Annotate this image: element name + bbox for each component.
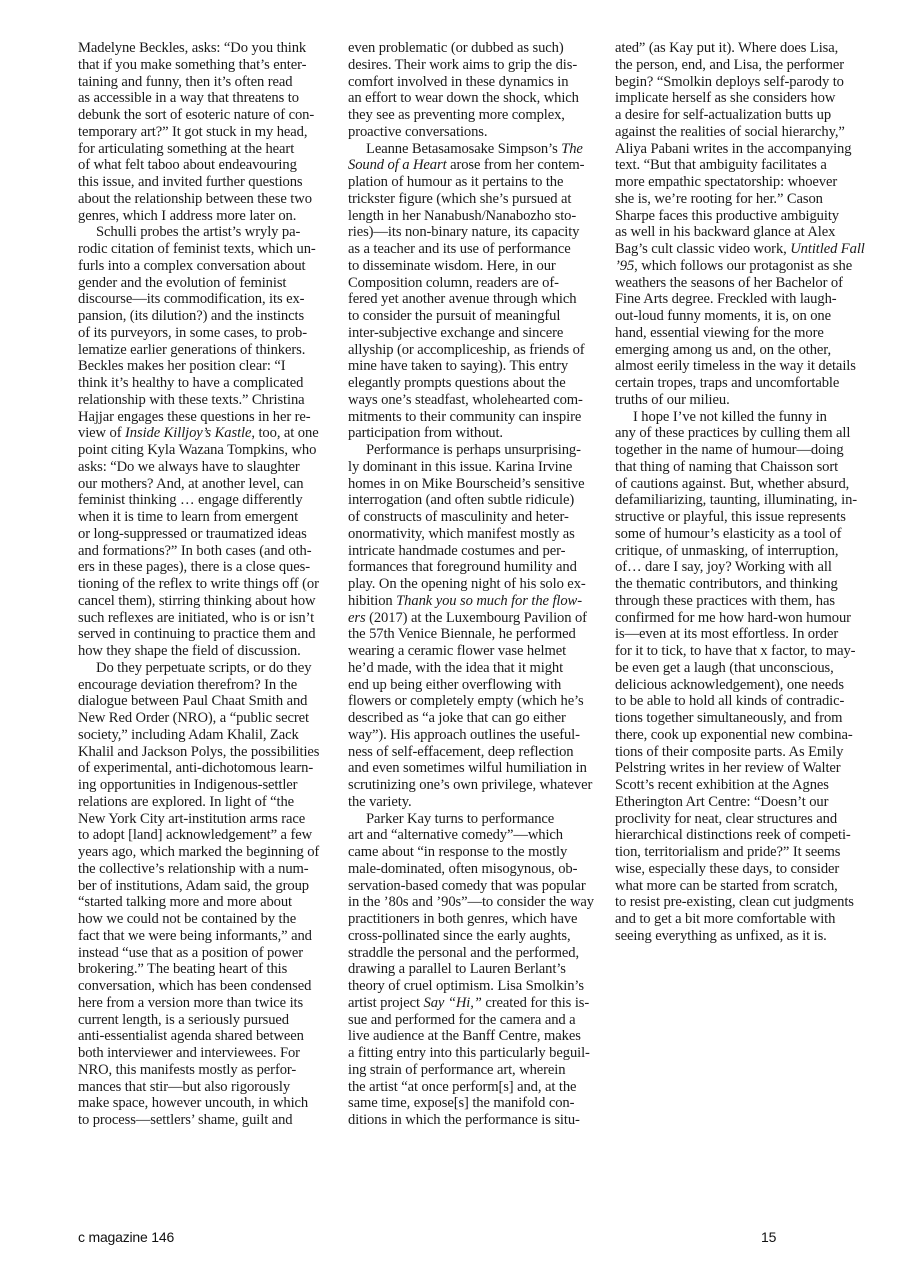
text-line: ditions in which the performance is situ… bbox=[348, 1112, 610, 1129]
text-line: defamiliarizing, taunting, illuminating,… bbox=[615, 492, 877, 509]
text-line: out-loud funny moments, it is, on one bbox=[615, 308, 877, 325]
text-line: for it to tick, to have that x factor, t… bbox=[615, 643, 877, 660]
text-line: drawing a parallel to Lauren Berlant’s bbox=[348, 961, 610, 978]
text-line: structive or playful, this issue represe… bbox=[615, 509, 877, 526]
text-line: as a teacher and its use of performance bbox=[348, 241, 610, 258]
text-line: proactive conversations. bbox=[348, 124, 610, 141]
text-line: elegantly prompts questions about the bbox=[348, 375, 610, 392]
text-line: our mothers? And, at another level, can bbox=[78, 476, 340, 493]
text-line: delicious acknowledgement), one needs bbox=[615, 677, 877, 694]
text-segment: artist project bbox=[348, 995, 424, 1011]
text-line: to be able to hold all kinds of contradi… bbox=[615, 693, 877, 710]
text-line: lematize earlier generations of thinkers… bbox=[78, 342, 340, 359]
text-line: ers in these pages), there is a close qu… bbox=[78, 559, 340, 576]
text-line: homes in on Mike Bourscheid’s sensitive bbox=[348, 476, 610, 493]
text-line: certain tropes, traps and uncomfortable bbox=[615, 375, 877, 392]
text-line: Aliya Pabani writes in the accompanying bbox=[615, 141, 877, 158]
text-line: to adopt [land] acknowledgement” a few bbox=[78, 827, 340, 844]
text-line: they see as preventing more complex, bbox=[348, 107, 610, 124]
text-line: Scott’s recent exhibition at the Agnes bbox=[615, 777, 877, 794]
text-line: of cautions against. But, whether absurd… bbox=[615, 476, 877, 493]
text-line: way”). His approach outlines the useful- bbox=[348, 727, 610, 744]
text-line: instead “use that as a position of power bbox=[78, 945, 340, 962]
text-line: is—even at its most effortless. In order bbox=[615, 626, 877, 643]
text-line: Pelstring writes in her review of Walter bbox=[615, 760, 877, 777]
text-line: to process—settlers’ shame, guilt and bbox=[78, 1112, 340, 1129]
text-line: discourse—its commodification, its ex- bbox=[78, 291, 340, 308]
text-line: there, cook up exponential new combina- bbox=[615, 727, 877, 744]
text-line: even problematic (or dubbed as such) bbox=[348, 40, 610, 57]
footer-page-number: 15 bbox=[761, 1229, 776, 1245]
text-line: more empathic spectatorship: whoever bbox=[615, 174, 877, 191]
text-line: proclivity for neat, clear structures an… bbox=[615, 811, 877, 828]
text-line: artist project Say “Hi,” created for thi… bbox=[348, 995, 610, 1012]
text-line: view of Inside Killjoy’s Kastle, too, at… bbox=[78, 425, 340, 442]
text-line: participation from without. bbox=[348, 425, 610, 442]
text-line: live audience at the Banff Centre, makes bbox=[348, 1028, 610, 1045]
text-line: ing strain of performance art, wherein bbox=[348, 1062, 610, 1079]
text-line: weathers the seasons of her Bachelor of bbox=[615, 275, 877, 292]
text-line: the artist “at once perform[s] and, at t… bbox=[348, 1079, 610, 1096]
text-line: a fitting entry into this particularly b… bbox=[348, 1045, 610, 1062]
text-line: of constructs of masculinity and heter- bbox=[348, 509, 610, 526]
text-line: how they shape the field of discussion. bbox=[78, 643, 340, 660]
text-line: formances that foreground humility and bbox=[348, 559, 610, 576]
text-line: allyship (or accompliceship, as friends … bbox=[348, 342, 610, 359]
text-line: feminist thinking … engage differently bbox=[78, 492, 340, 509]
italic-title: Say “Hi,” bbox=[424, 995, 482, 1011]
text-line: plation of humour as it pertains to the bbox=[348, 174, 610, 191]
text-line: a desire for self-actualization butts up bbox=[615, 107, 877, 124]
text-line: text. “But that ambiguity facilitates a bbox=[615, 157, 877, 174]
text-line: Beckles makes her position clear: “I bbox=[78, 358, 340, 375]
article-column-2: even problematic (or dubbed as such)desi… bbox=[348, 40, 610, 1129]
text-line: here from a version more than twice its bbox=[78, 995, 340, 1012]
text-line: hierarchical distinctions reek of compet… bbox=[615, 827, 877, 844]
text-line: to disseminate wisdom. Here, in our bbox=[348, 258, 610, 275]
text-line: Bag’s cult classic video work, Untitled … bbox=[615, 241, 877, 258]
text-line: Khalil and Jackson Polys, the possibilit… bbox=[78, 744, 340, 761]
text-line: ing opportunities in Indigenous-settler bbox=[78, 777, 340, 794]
text-segment: Bag’s cult classic video work, bbox=[615, 241, 790, 257]
article-column-1: Madelyne Beckles, asks: “Do you thinktha… bbox=[78, 40, 340, 1129]
text-line: ries)—its non-binary nature, its capacit… bbox=[348, 224, 610, 241]
text-line: against the realities of social hierarch… bbox=[615, 124, 877, 141]
text-line: the thematic contributors, and thinking bbox=[615, 576, 877, 593]
text-line: he’d made, with the idea that it might bbox=[348, 660, 610, 677]
text-line: mances that stir—but also rigorously bbox=[78, 1079, 340, 1096]
paragraph-start-line: Leanne Betasamosake Simpson’s The bbox=[348, 141, 610, 158]
text-segment: hibition bbox=[348, 593, 396, 609]
text-line: and formations?” In both cases (and oth- bbox=[78, 543, 340, 560]
text-line: wearing a ceramic flower vase helmet bbox=[348, 643, 610, 660]
italic-title: The bbox=[561, 141, 583, 157]
text-line: conversation, which has been condensed bbox=[78, 978, 340, 995]
text-line: Composition column, readers are of- bbox=[348, 275, 610, 292]
text-line: of its purveyors, in some cases, to prob… bbox=[78, 325, 340, 342]
text-line: New Red Order (NRO), a “public secret bbox=[78, 710, 340, 727]
text-line: ers (2017) at the Luxembourg Pavilion of bbox=[348, 610, 610, 627]
text-line: comfort involved in these dynamics in bbox=[348, 74, 610, 91]
text-line: she is, we’re rooting for her.” Cason bbox=[615, 191, 877, 208]
text-line: sue and performed for the camera and a bbox=[348, 1012, 610, 1029]
magazine-page: Madelyne Beckles, asks: “Do you thinktha… bbox=[0, 0, 905, 1280]
text-line: dialogue between Paul Chaat Smith and bbox=[78, 693, 340, 710]
text-line: gender and the evolution of feminist bbox=[78, 275, 340, 292]
text-line: critique, of unmasking, of interruption, bbox=[615, 543, 877, 560]
text-line: the collective’s relationship with a num… bbox=[78, 861, 340, 878]
text-line: fact that we were being informants,” and bbox=[78, 928, 340, 945]
text-line: about the relationship between these two bbox=[78, 191, 340, 208]
text-line: Fine Arts degree. Freckled with laugh- bbox=[615, 291, 877, 308]
text-line: interrogation (and often subtle ridicule… bbox=[348, 492, 610, 509]
text-line: NRO, this manifests mostly as perfor- bbox=[78, 1062, 340, 1079]
italic-title: Untitled Fall bbox=[790, 241, 865, 257]
text-line: flowers or completely empty (which he’s bbox=[348, 693, 610, 710]
text-line: brokering.” The beating heart of this bbox=[78, 961, 340, 978]
paragraph-start-line: Do they perpetuate scripts, or do they bbox=[78, 660, 340, 677]
text-line: “started talking more and more about bbox=[78, 894, 340, 911]
text-line: furls into a complex conversation about bbox=[78, 258, 340, 275]
text-line: fered yet another avenue through which bbox=[348, 291, 610, 308]
text-segment: (2017) at the Luxembourg Pavilion of bbox=[366, 610, 587, 626]
text-line: Sharpe faces this productive ambiguity bbox=[615, 208, 877, 225]
text-line: inter-subjective exchange and sincere bbox=[348, 325, 610, 342]
text-line: New York City art-institution arms race bbox=[78, 811, 340, 828]
italic-title: Thank you so much for the flow- bbox=[396, 593, 582, 609]
text-line: temporary art?” It got stuck in my head, bbox=[78, 124, 340, 141]
text-line: desires. Their work aims to grip the dis… bbox=[348, 57, 610, 74]
text-line: such reflexes are initiated, who is or i… bbox=[78, 610, 340, 627]
text-line: years ago, which marked the beginning of bbox=[78, 844, 340, 861]
text-line: through these practices with them, has bbox=[615, 593, 877, 610]
text-line: confirmed for me how hard-won humour bbox=[615, 610, 877, 627]
article-column-3: ated” (as Kay put it). Where does Lisa,t… bbox=[615, 40, 877, 945]
italic-title: ’95 bbox=[615, 258, 634, 274]
text-line: of what felt taboo about endeavouring bbox=[78, 157, 340, 174]
text-line: current length, is a seriously pursued bbox=[78, 1012, 340, 1029]
text-line: ated” (as Kay put it). Where does Lisa, bbox=[615, 40, 877, 57]
text-segment: created for this is- bbox=[482, 995, 589, 1011]
text-line: what more can be started from scratch, bbox=[615, 878, 877, 895]
text-line: truths of our milieu. bbox=[615, 392, 877, 409]
text-line: served in continuing to practice them an… bbox=[78, 626, 340, 643]
text-line: cancel them), stirring thinking about ho… bbox=[78, 593, 340, 610]
text-line: hand, essential viewing for the more bbox=[615, 325, 877, 342]
text-line: or long-suppressed or traumatized ideas bbox=[78, 526, 340, 543]
text-line: society,” including Adam Khalil, Zack bbox=[78, 727, 340, 744]
footer-publication: c magazine 146 bbox=[78, 1229, 174, 1245]
text-line: as well in his backward glance at Alex bbox=[615, 224, 877, 241]
text-line: male-dominated, often misogynous, ob- bbox=[348, 861, 610, 878]
text-line: scrutinizing one’s own privilege, whatev… bbox=[348, 777, 610, 794]
text-line: make space, however uncouth, in which bbox=[78, 1095, 340, 1112]
text-line: length in her Nanabush/Nanabozho sto- bbox=[348, 208, 610, 225]
text-line: almost eerily timeless in the way it det… bbox=[615, 358, 877, 375]
text-line: tions together simultaneously, and from bbox=[615, 710, 877, 727]
text-line: pansion, (its dilution?) and the instinc… bbox=[78, 308, 340, 325]
text-line: practitioners in both genres, which have bbox=[348, 911, 610, 928]
text-line: for articulating something at the heart bbox=[78, 141, 340, 158]
text-line: to resist pre-existing, clean cut judgme… bbox=[615, 894, 877, 911]
text-line: tioning of the reflex to write things of… bbox=[78, 576, 340, 593]
text-line: wise, especially these days, to consider bbox=[615, 861, 877, 878]
text-line: same time, expose[s] the manifold con- bbox=[348, 1095, 610, 1112]
text-line: cross-pollinated since the early aughts, bbox=[348, 928, 610, 945]
text-line: ways one’s steadfast, wholehearted com- bbox=[348, 392, 610, 409]
text-line: ber of institutions, Adam said, the grou… bbox=[78, 878, 340, 895]
text-line: the variety. bbox=[348, 794, 610, 811]
text-line: emerging among us and, on the other, bbox=[615, 342, 877, 359]
paragraph-start-line: Schulli probes the artist’s wryly pa- bbox=[78, 224, 340, 241]
text-line: came about “in response to the mostly bbox=[348, 844, 610, 861]
text-line: together in the name of humour—doing bbox=[615, 442, 877, 459]
text-line: Hajjar engages these questions in her re… bbox=[78, 409, 340, 426]
text-line: in the ’80s and ’90s”—to consider the wa… bbox=[348, 894, 610, 911]
text-line: debunk the sort of esoteric nature of co… bbox=[78, 107, 340, 124]
text-line: the 57th Venice Biennale, he performed bbox=[348, 626, 610, 643]
text-line: as accessible in a way that threatens to bbox=[78, 90, 340, 107]
text-line: any of these practices by culling them a… bbox=[615, 425, 877, 442]
text-line: mine have taken to saying). This entry bbox=[348, 358, 610, 375]
text-line: play. On the opening night of his solo e… bbox=[348, 576, 610, 593]
text-line: both interviewer and interviewees. For bbox=[78, 1045, 340, 1062]
text-line: when it is time to learn from emergent bbox=[78, 509, 340, 526]
text-line: end up being either overflowing with bbox=[348, 677, 610, 694]
paragraph-start-line: I hope I’ve not killed the funny in bbox=[615, 409, 877, 426]
text-line: ’95, which follows our protagonist as sh… bbox=[615, 258, 877, 275]
text-line: and even sometimes wilful humiliation in bbox=[348, 760, 610, 777]
text-line: relationship with these texts.” Christin… bbox=[78, 392, 340, 409]
paragraph-start-line: Parker Kay turns to performance bbox=[348, 811, 610, 828]
text-line: ly dominant in this issue. Karina Irvine bbox=[348, 459, 610, 476]
text-line: Sound of a Heart arose from her contem- bbox=[348, 157, 610, 174]
text-line: think it’s healthy to have a complicated bbox=[78, 375, 340, 392]
text-line: to consider the pursuit of meaningful bbox=[348, 308, 610, 325]
text-line: described as “a joke that can go either bbox=[348, 710, 610, 727]
text-line: seeing everything as unfixed, as it is. bbox=[615, 928, 877, 945]
text-segment: Leanne Betasamosake Simpson’s bbox=[366, 141, 561, 157]
text-line: point citing Kyla Wazana Tompkins, who bbox=[78, 442, 340, 459]
text-line: hibition Thank you so much for the flow- bbox=[348, 593, 610, 610]
text-line: Etherington Art Centre: “Doesn’t our bbox=[615, 794, 877, 811]
text-line: genres, which I address more later on. bbox=[78, 208, 340, 225]
text-segment: view of bbox=[78, 425, 125, 441]
text-line: servation-based comedy that was popular bbox=[348, 878, 610, 895]
italic-title: Sound of a Heart bbox=[348, 157, 447, 173]
text-segment: , too, at one bbox=[251, 425, 318, 441]
text-line: theory of cruel optimism. Lisa Smolkin’s bbox=[348, 978, 610, 995]
text-line: this issue, and invited further question… bbox=[78, 174, 340, 191]
text-line: of… dare I say, joy? Working with all bbox=[615, 559, 877, 576]
text-line: trickster figure (which she’s pursued at bbox=[348, 191, 610, 208]
text-line: that if you make something that’s enter- bbox=[78, 57, 340, 74]
text-line: implicate herself as she considers how bbox=[615, 90, 877, 107]
text-line: straddle the personal and the performed, bbox=[348, 945, 610, 962]
text-line: mitments to their community can inspire bbox=[348, 409, 610, 426]
text-line: anti-essentialist agenda shared between bbox=[78, 1028, 340, 1045]
text-line: some of humour’s elasticity as a tool of bbox=[615, 526, 877, 543]
text-line: ness of self-effacement, deep reflection bbox=[348, 744, 610, 761]
text-line: onormativity, which manifest mostly as bbox=[348, 526, 610, 543]
paragraph-start-line: Performance is perhaps unsurprising- bbox=[348, 442, 610, 459]
italic-title: ers bbox=[348, 610, 366, 626]
text-line: the person, end, and Lisa, the performer bbox=[615, 57, 877, 74]
text-segment: , which follows our protagonist as she bbox=[634, 258, 852, 274]
text-line: encourage deviation therefrom? In the bbox=[78, 677, 340, 694]
text-line: taining and funny, then it’s often read bbox=[78, 74, 340, 91]
text-segment: arose from her contem- bbox=[447, 157, 585, 173]
text-line: tion, territorialism and pride?” It seem… bbox=[615, 844, 877, 861]
text-line: intricate handmade costumes and per- bbox=[348, 543, 610, 560]
text-line: art and “alternative comedy”—which bbox=[348, 827, 610, 844]
text-line: Madelyne Beckles, asks: “Do you think bbox=[78, 40, 340, 57]
text-line: relations are explored. In light of “the bbox=[78, 794, 340, 811]
italic-title: Inside Killjoy’s Kastle bbox=[125, 425, 251, 441]
text-line: that thing of naming that Chaisson sort bbox=[615, 459, 877, 476]
text-line: an effort to wear down the shock, which bbox=[348, 90, 610, 107]
text-line: and to get a bit more comfortable with bbox=[615, 911, 877, 928]
text-line: begin? “Smolkin deploys self-parody to bbox=[615, 74, 877, 91]
text-line: be even get a laugh (that unconscious, bbox=[615, 660, 877, 677]
text-line: asks: “Do we always have to slaughter bbox=[78, 459, 340, 476]
text-line: how we could not be contained by the bbox=[78, 911, 340, 928]
text-line: rodic citation of feminist texts, which … bbox=[78, 241, 340, 258]
text-line: tions of their composite parts. As Emily bbox=[615, 744, 877, 761]
text-line: of experimental, anti-dichotomous learn- bbox=[78, 760, 340, 777]
